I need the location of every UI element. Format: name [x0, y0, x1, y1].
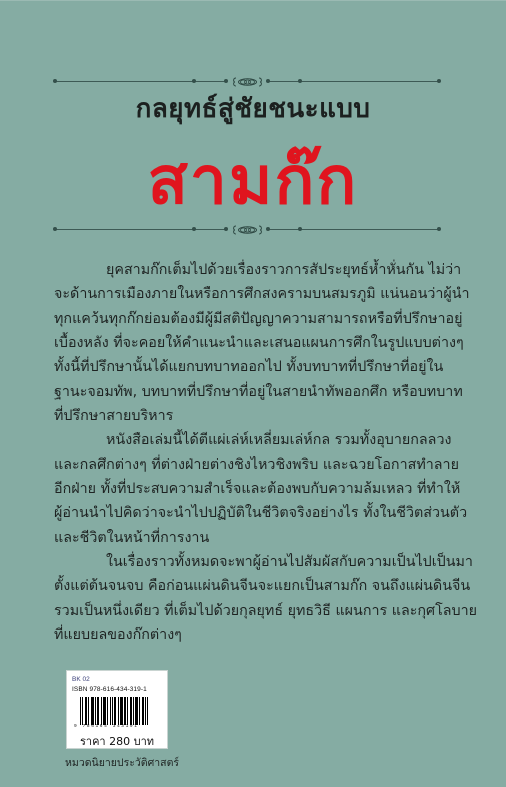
divider-rule: [268, 81, 301, 82]
divider-rule: [193, 229, 226, 230]
blurb-line: ในเรื่องราวทั้งหมดจะพาผู้อ่านไปสัมผัสกับ…: [54, 550, 440, 574]
divider-rule: [301, 229, 440, 230]
divider-rule: [268, 229, 301, 230]
book-code: BK 02: [72, 676, 90, 683]
blurb-line: ตั้งแต่ต้นจนจบ คือก่อนแผ่นดินจีนจะแยกเป็…: [54, 574, 440, 598]
divider-rule: [193, 81, 226, 82]
blurb-line: หนังสือเล่มนี้ได้ตีแผ่เล่ห์เหลี่ยมเล่ห์ก…: [54, 428, 440, 452]
cover-top-edge: [0, 0, 506, 1]
divider-dot: [224, 227, 228, 231]
divider-dot: [266, 79, 270, 83]
top-ornament-divider: [54, 76, 440, 88]
book-back-cover: กลยุทธ์สู่ชัยชนะแบบ สามก๊ก ยุคสามก๊กเต็ม…: [0, 0, 506, 787]
blurb-line: และชีวิตในหน้าที่การงาน: [54, 526, 440, 550]
blurb-line: เบื้องหลัง ที่จะคอยให้คำแนะนำและเสนอแผนก…: [54, 331, 440, 355]
blurb-line: ที่แยบยลของก๊กต่างๆ: [54, 623, 440, 647]
blurb-line: ยุคสามก๊กเต็มไปด้วยเรื่องราวการสัประยุทธ…: [54, 258, 440, 282]
blurb-paragraph: ในเรื่องราวทั้งหมดจะพาผู้อ่านไปสัมผัสกับ…: [54, 550, 440, 647]
price-label: ราคา 280 บาท: [67, 732, 167, 750]
blurb-text: ยุคสามก๊กเต็มไปด้วยเรื่องราวการสัประยุทธ…: [54, 258, 440, 648]
divider-rule: [54, 229, 193, 230]
barcode-label: BK 02 ISBN 978-616-434-319-1 9 786164 34…: [66, 670, 168, 749]
blurb-line: และกลศึกต่างๆ ที่ต่างฝ่ายต่างชิงไหวชิงพร…: [54, 453, 440, 477]
divider-rule: [54, 81, 193, 82]
blurb-line: ทุกแคว้นทุกก๊กย่อมต้องมีผู้มีสติปัญญาควา…: [54, 307, 440, 331]
book-title: สามก๊ก: [0, 138, 506, 222]
blurb-line: จะด้านการเมืองภายในหรือการศึกสงครามบนสมร…: [54, 282, 440, 306]
blurb-line: อีกฝ่าย ทั้งที่ประสบความสำเร็จและต้องพบก…: [54, 477, 440, 501]
book-subtitle: กลยุทธ์สู่ชัยชนะแบบ: [0, 88, 506, 129]
divider-dot: [266, 227, 270, 231]
barcode-icon: [80, 697, 160, 725]
bottom-ornament-divider: [54, 224, 440, 236]
divider-rule: [301, 81, 440, 82]
blurb-line: รวมเป็นหนึ่งเดียว ที่เต็มไปด้วยกุลยุทธ์ …: [54, 599, 440, 623]
blurb-paragraph: ยุคสามก๊กเต็มไปด้วยเรื่องราวการสัประยุทธ…: [54, 258, 440, 428]
divider-dot: [298, 227, 302, 231]
divider-dot: [224, 79, 228, 83]
divider-dot: [437, 227, 441, 231]
divider-dot: [53, 79, 57, 83]
divider-dot: [192, 79, 196, 83]
blurb-line: ฐานะจอมทัพ, บทบาทที่ปรึกษาที่อยู่ในสายนำ…: [54, 380, 440, 404]
isbn-number: ISBN 978-616-434-319-1: [72, 686, 147, 693]
ornament-knot-icon: [232, 76, 263, 88]
divider-dot: [437, 79, 441, 83]
divider-dot: [298, 79, 302, 83]
divider-dot: [192, 227, 196, 231]
blurb-paragraph: หนังสือเล่มนี้ได้ตีแผ่เล่ห์เหลี่ยมเล่ห์ก…: [54, 428, 440, 550]
divider-dot: [53, 227, 57, 231]
ornament-knot-icon: [232, 224, 263, 236]
category-label: หมวดนิยายประวัติศาสตร์: [65, 754, 179, 771]
blurb-line: ที่ปรึกษาสายบริหาร: [54, 404, 440, 428]
blurb-line: ผู้อ่านนำไปคิดว่าจะนำไปปฏิบัติในชีวิตจริ…: [54, 501, 440, 525]
barcode-digits: 9 786164 343191: [74, 724, 139, 729]
blurb-line: ทั้งนี้ที่ปรึกษานั้นได้แยกบทบาทออกไป ทั้…: [54, 355, 440, 379]
